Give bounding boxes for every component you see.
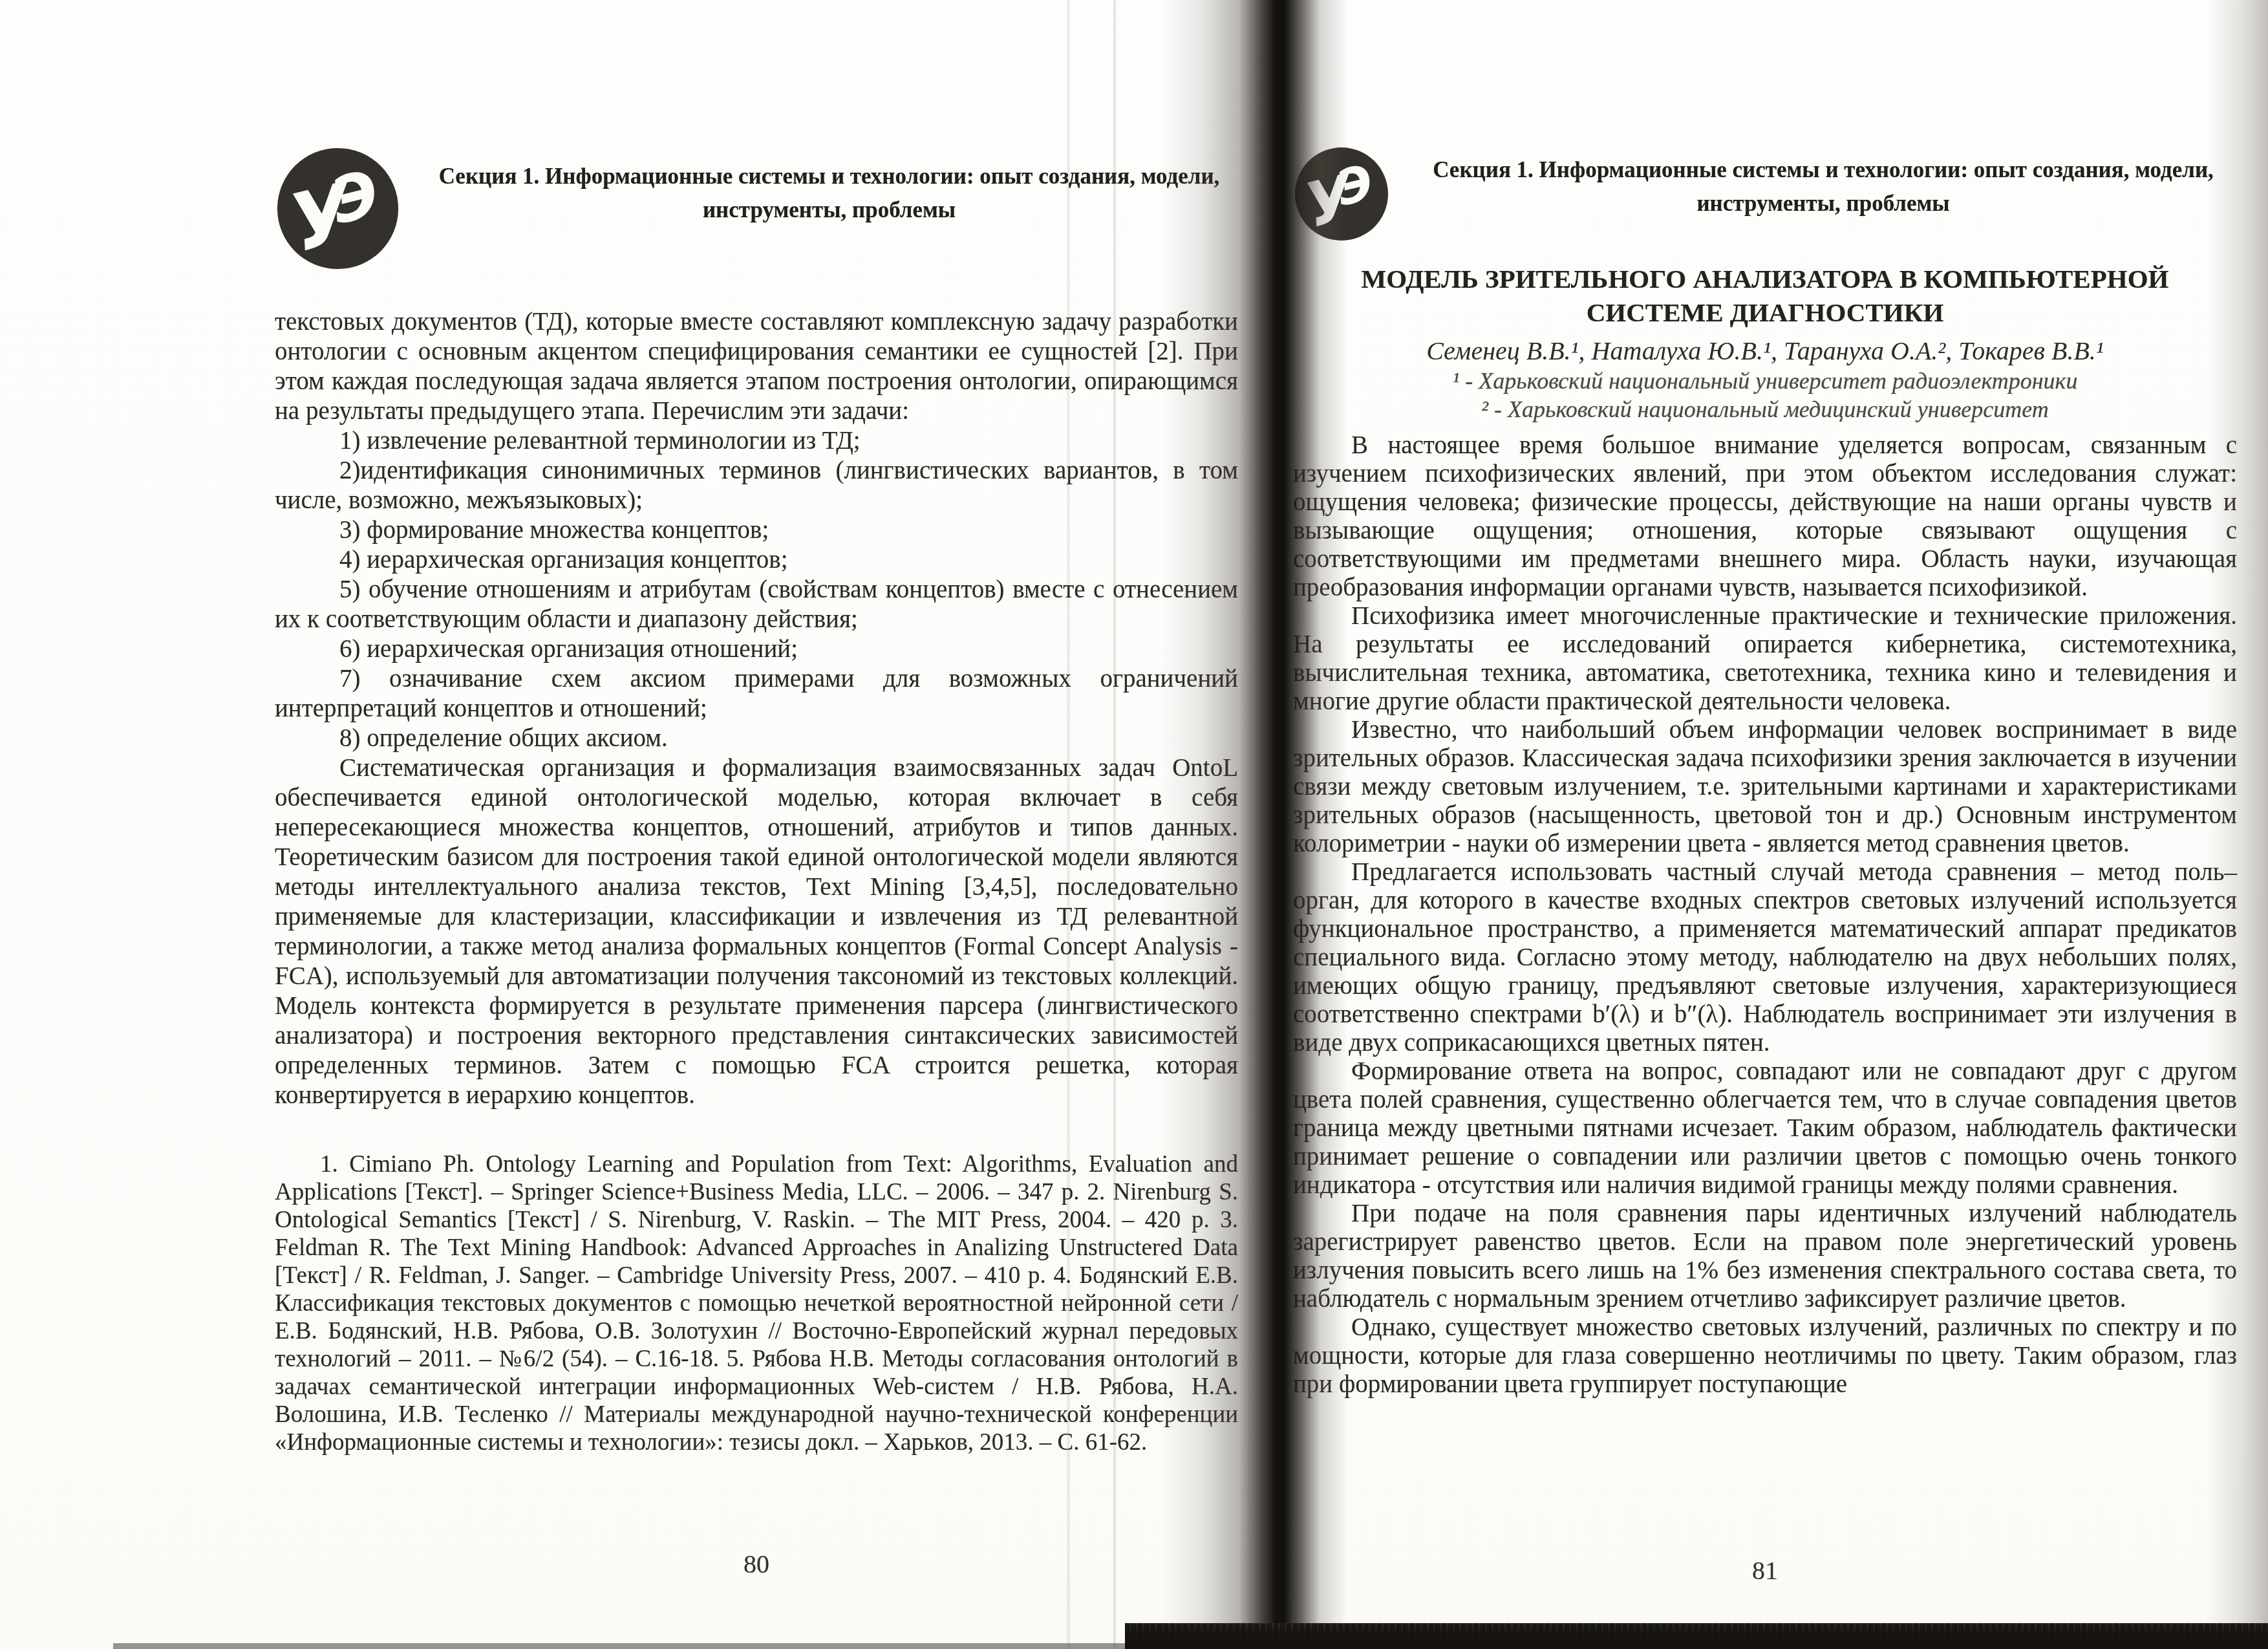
- page-number: 80: [275, 1549, 1238, 1579]
- body-paragraph: В настоящее время большое внимание уделя…: [1293, 431, 2237, 602]
- body-paragraph: Известно, что наибольший объем информаци…: [1293, 716, 2237, 858]
- book-spread: У Э Секция 1. Информационные системы и т…: [0, 0, 2268, 1649]
- left-page-running-head: У Э Секция 1. Информационные системы и т…: [275, 145, 1238, 272]
- list-item: 8) определение общих аксиом.: [275, 724, 1238, 753]
- list-item: 7) означивание схем аксиом примерами для…: [275, 664, 1238, 724]
- summary-paragraph: Систематическая организация и формализац…: [275, 753, 1238, 1110]
- university-emblem-icon: У Э: [275, 145, 401, 272]
- list-item: 2)идентификация синонимичных терминов (л…: [275, 456, 1238, 515]
- authors-line: Семенец В.В.¹, Наталуха Ю.В.¹, Тарануха …: [1293, 336, 2237, 367]
- task-list: 1) извлечение релевантной терминологии и…: [275, 426, 1238, 753]
- list-item: 6) иерархическая организация отношений;: [275, 634, 1238, 664]
- affiliation-line: ² - Харьковский национальный медицинский…: [1293, 395, 2237, 424]
- right-page-body: В настоящее время большое внимание уделя…: [1293, 431, 2237, 1399]
- body-paragraph: Предлагается использовать частный случай…: [1293, 858, 2237, 1057]
- page-bottom-edge: [1125, 1623, 2268, 1649]
- affiliation-line: ¹ - Харьковский национальный университет…: [1293, 367, 2237, 395]
- paper-title: МОДЕЛЬ ЗРИТЕЛЬНОГО АНАЛИЗАТОРА В КОМПЬЮТ…: [1293, 262, 2237, 329]
- page-bottom-edge-thin: [113, 1643, 1128, 1649]
- left-page-body: текстовых документов (ТД), которые вмест…: [275, 307, 1238, 1456]
- list-item: 4) иерархическая организация концептов;: [275, 545, 1238, 575]
- list-item: 3) формирование множества концептов;: [275, 515, 1238, 545]
- list-item: 5) обучение отношениям и атрибутам (свой…: [275, 575, 1238, 634]
- intro-paragraph: текстовых документов (ТД), которые вмест…: [275, 307, 1238, 426]
- affiliations-block: ¹ - Харьковский национальный университет…: [1293, 367, 2237, 424]
- section-header: Секция 1. Информационные системы и техно…: [420, 145, 1238, 227]
- body-paragraph: Психофизика имеет многочисленные практич…: [1293, 602, 2237, 716]
- body-paragraph: При подаче на поля сравнения пары иденти…: [1293, 1200, 2237, 1313]
- list-item: 1) извлечение релевантной терминологии и…: [275, 426, 1238, 456]
- right-page-running-head: У Э Секция 1. Информационные системы и т…: [1293, 145, 2237, 242]
- body-paragraph: Формирование ответа на вопрос, совпадают…: [1293, 1057, 2237, 1200]
- references-block: 1. Cimiano Ph. Ontology Learning and Pop…: [275, 1150, 1238, 1456]
- references-paragraph: 1. Cimiano Ph. Ontology Learning and Pop…: [275, 1150, 1238, 1456]
- section-header: Секция 1. Информационные системы и техно…: [1409, 145, 2237, 221]
- university-emblem-icon: У Э: [1293, 145, 1390, 242]
- left-page: У Э Секция 1. Информационные системы и т…: [275, 145, 1238, 1456]
- page-number: 81: [1293, 1555, 2237, 1586]
- body-paragraph: Однако, существует множество световых из…: [1293, 1313, 2237, 1399]
- right-page: У Э Секция 1. Информационные системы и т…: [1293, 145, 2237, 1399]
